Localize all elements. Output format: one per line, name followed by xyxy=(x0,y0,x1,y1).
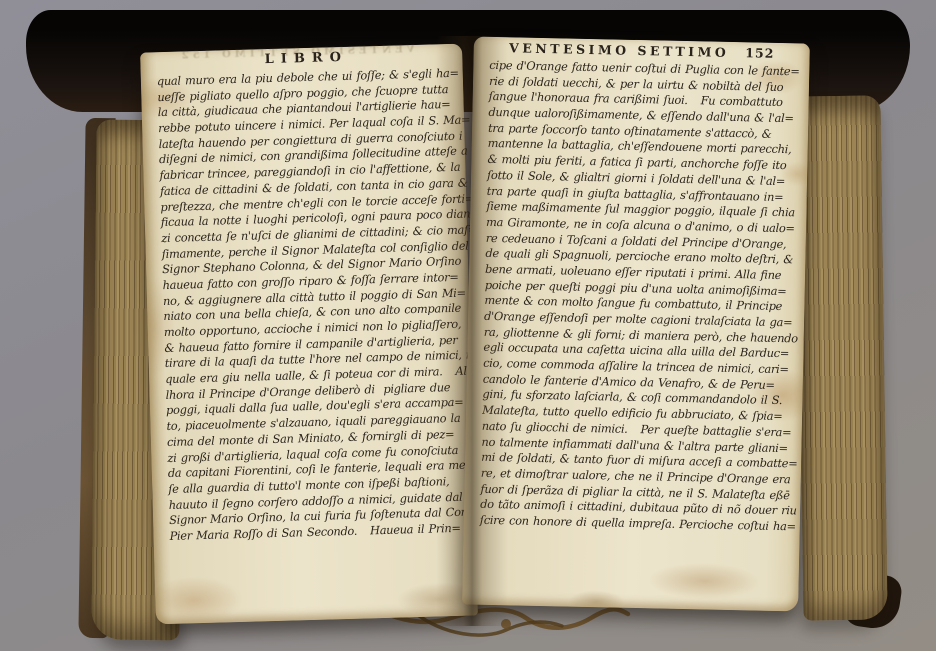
left-page-text: qual muro era la piu debole che ui foſſe… xyxy=(157,66,472,545)
page-number: 152 xyxy=(745,45,774,61)
right-running-head-title: VENTESIMO SETTIMO xyxy=(509,40,729,60)
thread-knot xyxy=(501,619,511,629)
left-page: VENTESIMO SETTIMO 152 LIBRO qual muro er… xyxy=(140,44,478,625)
right-page-fore-edge xyxy=(796,95,887,620)
right-page-text: cipe d'Orange fatto uenir coſtui di Pugl… xyxy=(480,58,792,535)
right-page: VENTESIMO SETTIMO152 cipe d'Orange fatto… xyxy=(462,37,810,612)
